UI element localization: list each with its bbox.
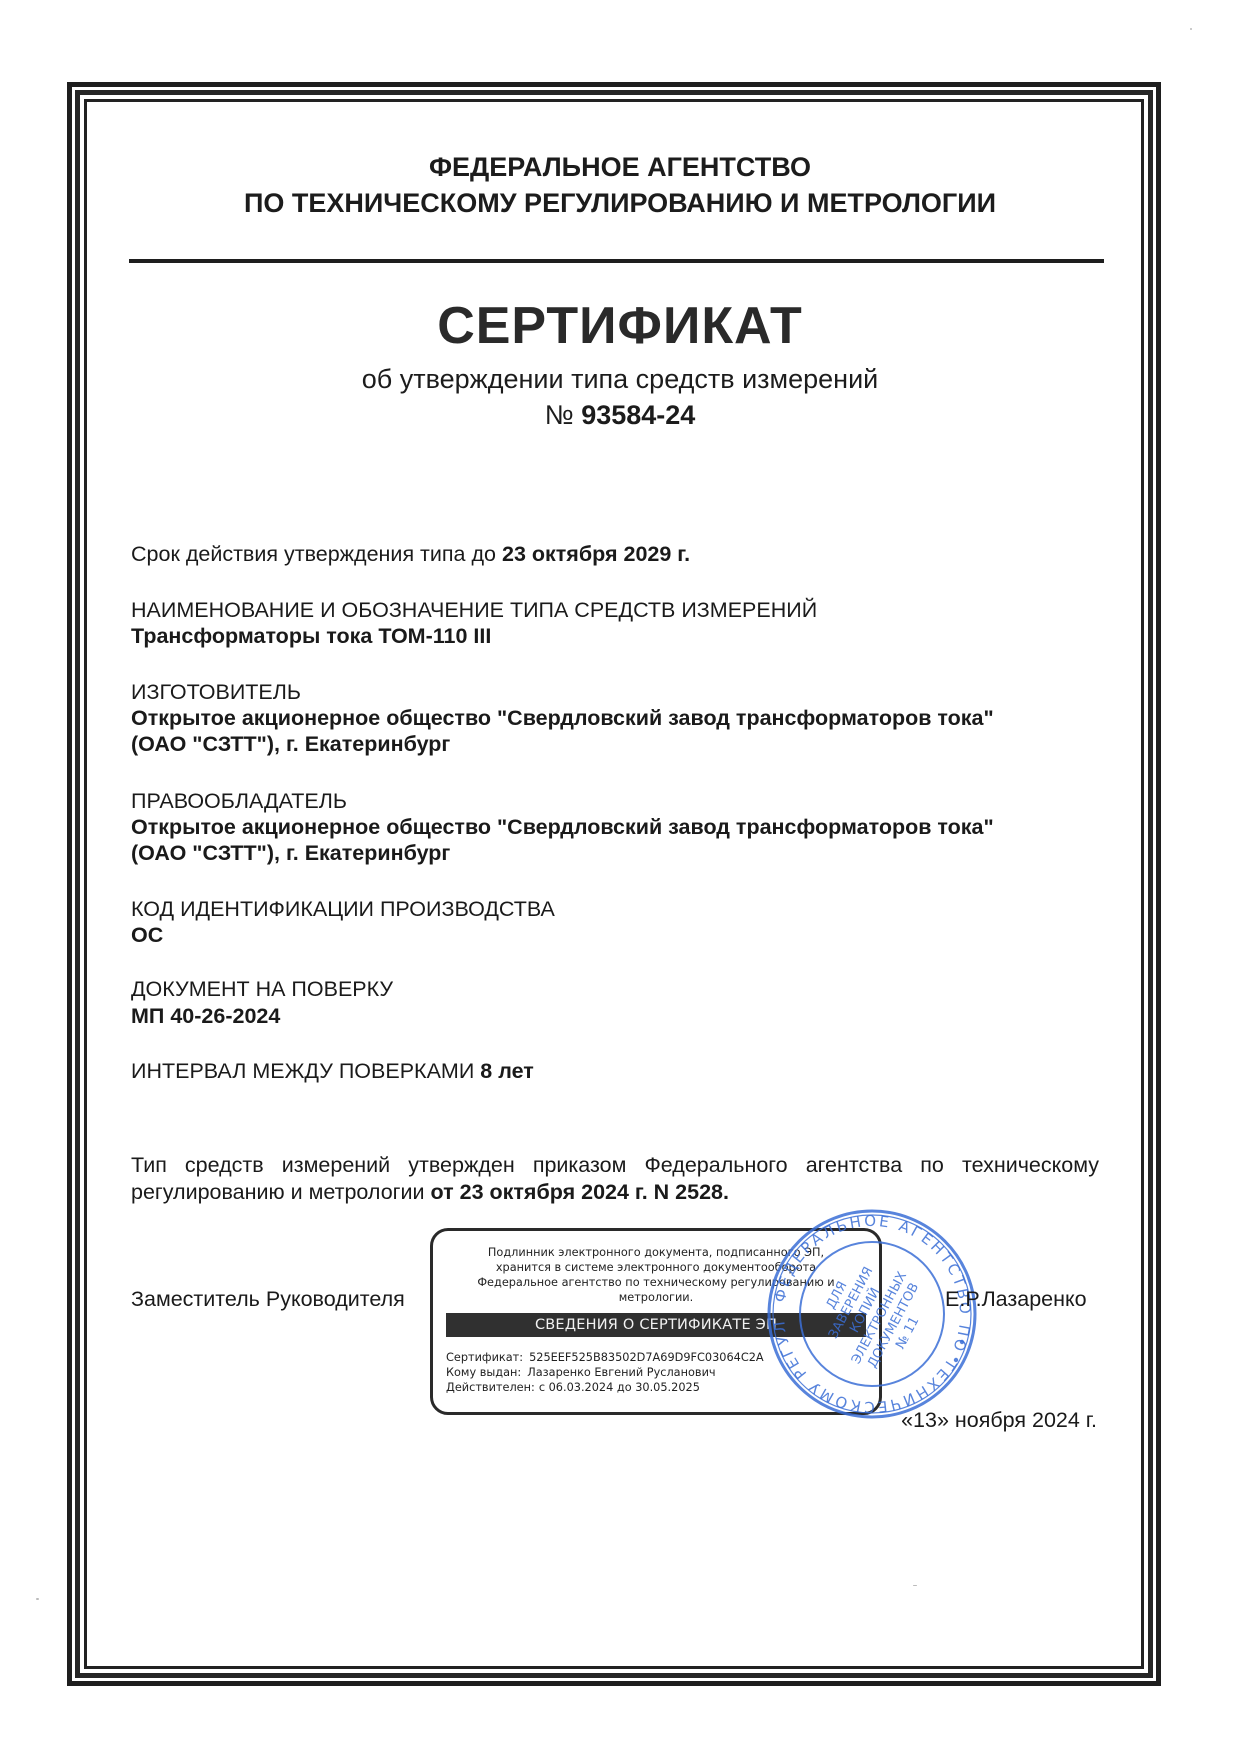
section-rightsholder-label: ПРАВООБЛАДАТЕЛЬ: [131, 789, 347, 814]
e-signature-valid-label: Действителен:: [446, 1380, 535, 1395]
section-verification-doc-value: МП 40-26-2024: [131, 1004, 280, 1029]
section-production-code-label: КОД ИДЕНТИФИКАЦИИ ПРОИЗВОДСТВА: [131, 897, 555, 922]
approval-line2-regular: регулированию и метрологии: [131, 1180, 425, 1204]
section-verification-doc-label: ДОКУМЕНТ НА ПОВЕРКУ: [131, 977, 393, 1002]
section-rightsholder-line1: Открытое акционерное общество "Свердловс…: [131, 815, 994, 840]
agency-name-line1: ФЕДЕРАЛЬНОЕ АГЕНТСТВО: [0, 152, 1240, 183]
interval-label: ИНТЕРВАЛ МЕЖДУ ПОВЕРКАМИ: [131, 1059, 474, 1083]
e-signature-note-line: хранится в системе электронного документ…: [433, 1260, 879, 1275]
certificate-number-prefix: №: [545, 400, 574, 430]
scan-artifact: [36, 1598, 39, 1600]
section-manufacturer-line1: Открытое акционерное общество "Свердловс…: [131, 706, 994, 731]
certificate-title: СЕРТИФИКАТ: [0, 296, 1240, 356]
approval-line1: Тип средств измерений утвержден приказом…: [131, 1152, 1099, 1179]
header-separator: [129, 259, 1104, 263]
e-signature-note-line: Подлинник электронного документа, подпис…: [433, 1245, 879, 1260]
scan-artifact: [1190, 28, 1192, 30]
signatory-role: Заместитель Руководителя: [131, 1287, 405, 1312]
section-production-code-value: ОС: [131, 923, 163, 948]
electronic-signature-box: Подлинник электронного документа, подпис…: [430, 1228, 882, 1415]
e-signature-note-line: Федеральное агентство по техническому ре…: [433, 1275, 879, 1290]
section-manufacturer-label: ИЗГОТОВИТЕЛЬ: [131, 680, 301, 705]
e-signature-issued-to-row: Кому выдан:Лазаренко Евгений Русланович: [446, 1365, 764, 1380]
e-signature-certificate-value: 525EEF525B83502D7A69D9FC03064C2A: [529, 1351, 764, 1364]
verification-interval: ИНТЕРВАЛ МЕЖДУ ПОВЕРКАМИ 8 лет: [131, 1059, 534, 1084]
section-rightsholder-line2: (ОАО "СЗТТ"), г. Екатеринбург: [131, 841, 450, 866]
certificate-number: № 93584-24: [0, 400, 1240, 431]
validity-line: Срок действия утверждения типа до 23 окт…: [131, 542, 690, 567]
certificate-subtitle: об утверждении типа средств измерений: [0, 364, 1240, 395]
validity-date: 23 октября 2029 г.: [502, 542, 690, 566]
e-signature-valid-row: Действителен:с 06.03.2024 до 30.05.2025: [446, 1380, 764, 1395]
scan-artifact: [913, 1585, 917, 1586]
agency-name-line2: ПО ТЕХНИЧЕСКОМУ РЕГУЛИРОВАНИЮ И МЕТРОЛОГ…: [0, 188, 1240, 219]
interval-value: 8 лет: [480, 1059, 534, 1083]
e-signature-certificate-row: Сертификат:525EEF525B83502D7A69D9FC03064…: [446, 1350, 764, 1365]
e-signature-band-title: СВЕДЕНИЯ О СЕРТИФИКАТЕ ЭП: [446, 1313, 866, 1337]
e-signature-note: Подлинник электронного документа, подпис…: [433, 1245, 879, 1305]
e-signature-note-line: метрологии.: [433, 1290, 879, 1305]
certificate-number-value: 93584-24: [581, 400, 695, 430]
e-signature-issued-to-label: Кому выдан:: [446, 1365, 521, 1380]
section-type-label: НАИМЕНОВАНИЕ И ОБОЗНАЧЕНИЕ ТИПА СРЕДСТВ …: [131, 598, 817, 623]
e-signature-issued-to-value: Лазаренко Евгений Русланович: [527, 1366, 715, 1379]
e-signature-valid-value: с 06.03.2024 до 30.05.2025: [539, 1381, 700, 1394]
signature-date: «13» ноября 2024 г.: [901, 1408, 1097, 1433]
approval-paragraph: Тип средств измерений утвержден приказом…: [131, 1152, 1099, 1206]
signatory-name: Е.Р.Лазаренко: [945, 1287, 1087, 1312]
e-signature-certificate-label: Сертификат:: [446, 1350, 523, 1365]
e-signature-details: Сертификат:525EEF525B83502D7A69D9FC03064…: [446, 1350, 764, 1395]
section-manufacturer-line2: (ОАО "СЗТТ"), г. Екатеринбург: [131, 732, 450, 757]
approval-order: от 23 октября 2024 г. N 2528.: [431, 1180, 729, 1204]
validity-label: Срок действия утверждения типа до: [131, 542, 496, 566]
section-type-value: Трансформаторы тока ТОМ-110 III: [131, 624, 491, 649]
